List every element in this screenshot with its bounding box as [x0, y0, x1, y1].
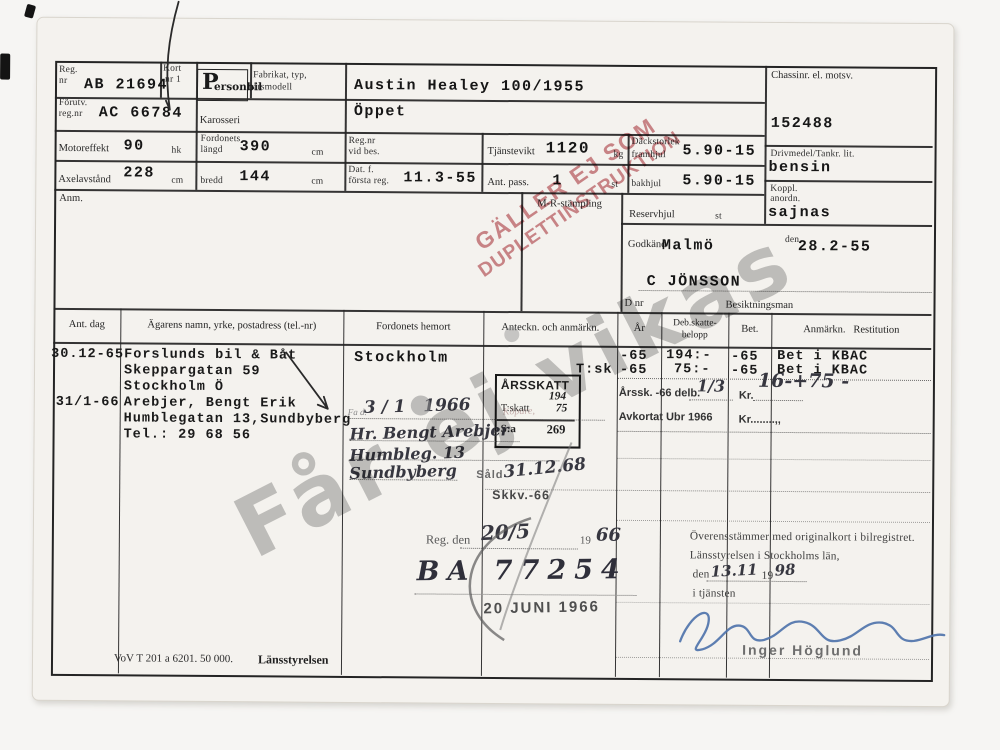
spare-wheel-unit: st: [715, 212, 722, 222]
weight-label: Tjänstevikt: [488, 146, 535, 157]
entry-date: 31/1-66: [56, 395, 120, 410]
header-date: Ant. dag: [53, 319, 120, 330]
karosseri-value: Öppet: [354, 103, 407, 120]
fabrikat-label: Fabrikat, typ,: [253, 70, 307, 80]
header-owner: Ägarens namn, yrke, postadress (tel.-nr): [120, 319, 343, 332]
certification-line2: Länsstyrelsen i Stockholms län,: [690, 549, 840, 562]
certification-line1: Överensstämmer med originalkort i bilreg…: [690, 530, 915, 544]
signature-ink: [668, 589, 953, 661]
length-label1: Fordonets: [201, 134, 241, 144]
rear-wheel-label: bakhjul: [631, 179, 661, 189]
fuel-label: Drivmedel/Tankr. lit.: [771, 149, 855, 160]
owner-line: Forslunds bil & Båt: [124, 347, 297, 363]
owner-line: Tel.: 29 68 56: [124, 427, 252, 443]
karosseri-label: Karosseri: [200, 115, 240, 126]
header-anm: Anmärkn. Restitution: [771, 324, 931, 336]
certification-hand-date: 13.11: [710, 561, 758, 581]
length-label2: längd: [201, 145, 223, 155]
entry-date: 30.12-65: [51, 347, 124, 363]
motor-label: Motoreffekt: [59, 143, 110, 154]
first-reg-value: 11.3-55: [403, 169, 477, 187]
owner-line: Stockholm Ö: [124, 379, 224, 395]
owner-line: Skeppargatan 59: [124, 363, 261, 379]
pencil-slash: [480, 432, 577, 638]
scan-artifact: [24, 4, 36, 19]
approved-date: 28.2-55: [798, 238, 872, 256]
arssk-kr-label: Kr.: [739, 390, 754, 402]
scanned-registration-card-page: P ersonbil Reg. nr AB 21694 Kort nr 1 Fa…: [0, 0, 1000, 750]
length-unit: cm: [312, 148, 324, 158]
width-label: bredd: [200, 176, 223, 186]
length-value: 390: [240, 138, 272, 155]
rear-wheel-value: 5.90-15: [682, 172, 756, 190]
spare-wheel-label: Reservhjul: [629, 209, 675, 220]
hemort-value: Stockholm: [354, 349, 449, 367]
arssk-hand-fraction: 1/3: [697, 376, 725, 395]
first-reg-label2: första reg.: [348, 176, 389, 186]
first-reg-label1: Dat. f.: [348, 165, 373, 175]
motor-value: 90: [124, 137, 145, 154]
tax-paid: -65: [731, 364, 758, 379]
certification-hand-year: 98: [774, 560, 796, 579]
width-unit: cm: [311, 177, 323, 187]
scanned-card: P ersonbil Reg. nr AB 21694 Kort nr 1 Fa…: [0, 0, 1000, 750]
motor-unit: hk: [172, 146, 182, 156]
fuel-value: bensin: [768, 159, 831, 176]
reg-nr-label2: nr: [59, 76, 67, 86]
chassis-label: Chassinr. el. motsv.: [771, 70, 853, 82]
regbes-label1: Reg.nr: [349, 136, 376, 146]
pen-arrow: [278, 346, 341, 420]
coupling-label2: anordn.: [770, 194, 800, 204]
forutv-label2: reg.nr: [59, 109, 83, 119]
approved-label: Godkänd: [628, 239, 667, 250]
certification-den-label: den: [693, 568, 710, 580]
regbes-label2: vid bes.: [349, 147, 380, 157]
pen-stroke-top: [156, 0, 191, 116]
forutv-label: Förutv.: [59, 98, 88, 108]
remarks-label: Anm.: [59, 193, 83, 204]
width-value: 144: [239, 168, 271, 185]
header-hemort: Fordonets hemort: [343, 321, 483, 333]
form-issuer: Länsstyrelsen: [258, 652, 329, 667]
owner-line: Arebjer, Bengt Erik: [124, 395, 297, 411]
fabrikat-value: Austin Healey 100/1955: [354, 77, 585, 96]
reg-den-year: 66: [596, 525, 621, 546]
avkortat-label: Avkortat Ubr 1966: [619, 411, 713, 424]
chassis-value: 152488: [771, 115, 834, 132]
wheelbase-value: 228: [123, 164, 155, 181]
scan-artifact: [0, 54, 10, 80]
fabrikat-label2: årsmodell: [253, 82, 292, 92]
coupling-value: sajnas: [768, 204, 831, 221]
arssk-hand-amount: 16-+75 -: [758, 370, 849, 393]
coupling-label1: Koppl.: [770, 184, 797, 194]
passengers-label: Ant. pass.: [487, 177, 529, 188]
front-wheel-value: 5.90-15: [683, 142, 757, 160]
certification-year-prefix: 19: [762, 570, 774, 582]
tax-paid: -65: [731, 350, 758, 365]
avkortat-kr-label: Kr........,,: [739, 414, 781, 426]
reg-nr-label: Reg.: [59, 65, 78, 75]
form-code: VoV T 201 a 6201. 50 000.: [114, 652, 233, 665]
wheelbase-label: Axelavstånd: [58, 174, 111, 185]
wheelbase-unit: cm: [171, 176, 183, 186]
